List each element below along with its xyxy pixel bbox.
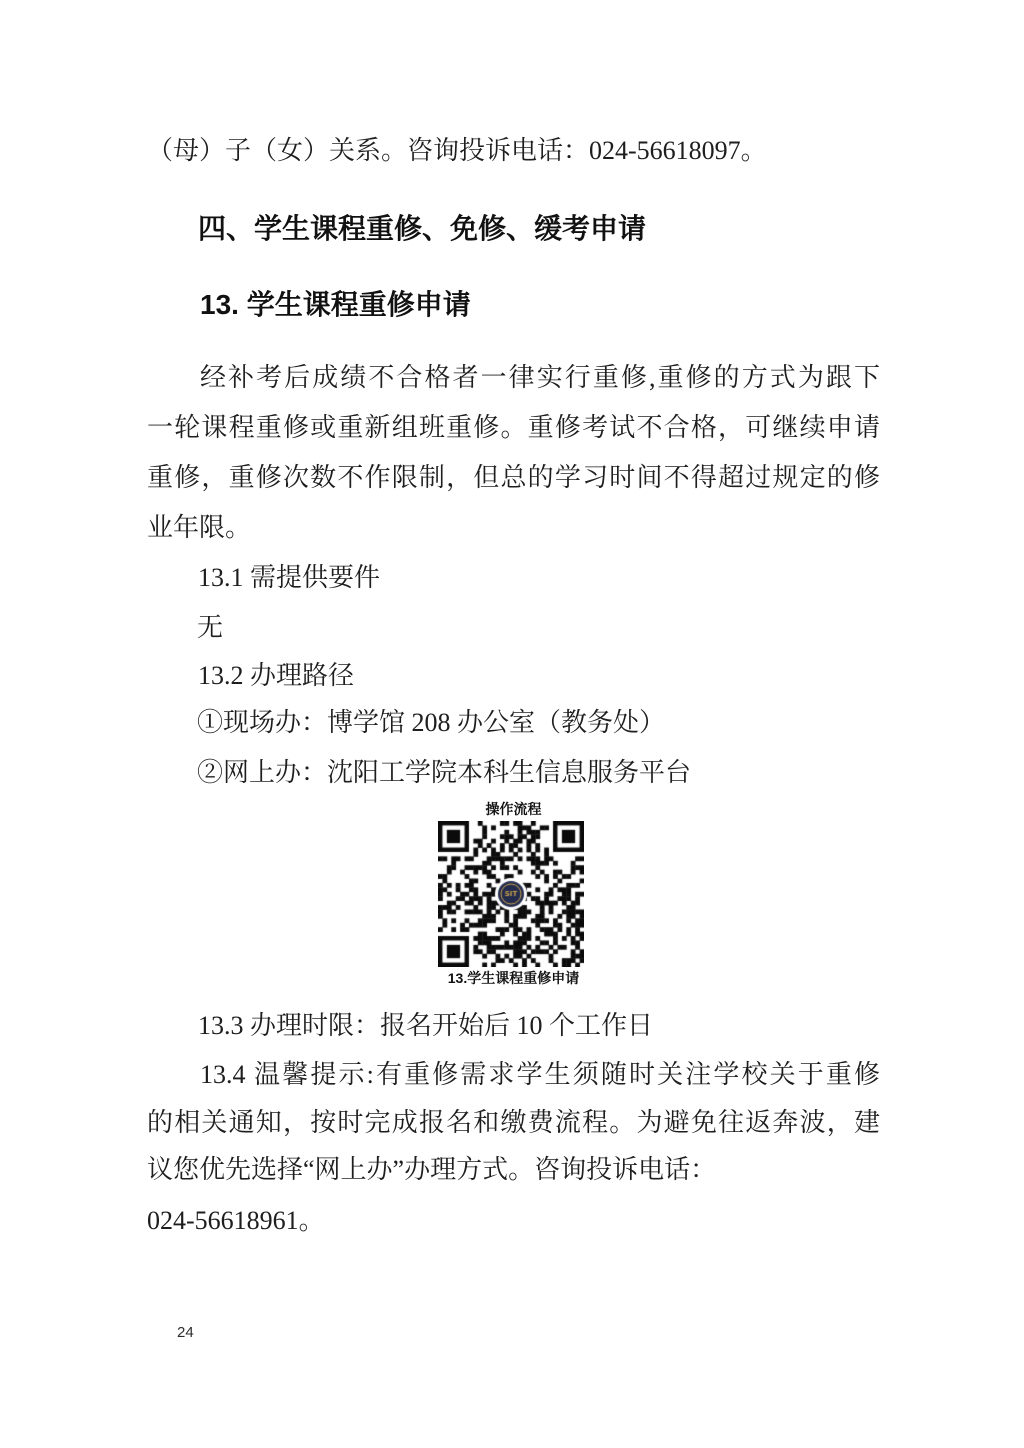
subsection-13-3-line: 13.3 办理时限：报名开始后 10 个工作日 [198,1001,653,1051]
paragraph-line: 重修，重修次数不作限制，但总的学习时间不得超过规定的修 [147,453,880,503]
paragraph-line: 一轮课程重修或重新组班重修。重修考试不合格，可继续申请 [147,403,880,453]
qr-bottom-label: 13.学生课程重修申请 [147,970,880,987]
intro-line: （母）子（女）关系。咨询投诉电话：024-56618097。 [147,126,767,176]
page-number: 24 [177,1324,194,1342]
subsection-13-4-line: 议您优先选择“网上办”办理方式。咨询投诉电话： [147,1145,716,1195]
subsection-13-4-line: 13.4 温馨提示:有重修需求学生须随时关注学校关于重修 [147,1050,880,1100]
paragraph-line: 经补考后成绩不合格者一律实行重修,重修的方式为跟下 [147,353,880,403]
subsection-13-1-heading: 13.1 需提供要件 [198,553,380,603]
qr-top-label: 操作流程 [147,801,880,818]
paragraph-line: 业年限。 [147,503,251,553]
section-heading: 四、学生课程重修、免修、缓考申请 [198,211,646,247]
qr-code [438,821,584,967]
phone-number-line: 024-56618961。 [147,1196,325,1246]
subsection-13-4-line: 的相关通知，按时完成报名和缴费流程。为避免往返奔波，建 [147,1098,880,1148]
subsection-13-2-heading: 13.2 办理路径 [198,651,354,701]
online-option-line: ②网上办：沈阳工学院本科生信息服务平台 [197,748,691,798]
document-page: （母）子（女）关系。咨询投诉电话：024-56618097。 四、学生课程重修、… [0,0,1024,1448]
item-heading: 13. 学生课程重修申请 [200,287,471,323]
subsection-13-1-body: 无 [197,603,223,653]
onsite-option-line: ①现场办：博学馆 208 办公室（教务处） [197,698,665,748]
